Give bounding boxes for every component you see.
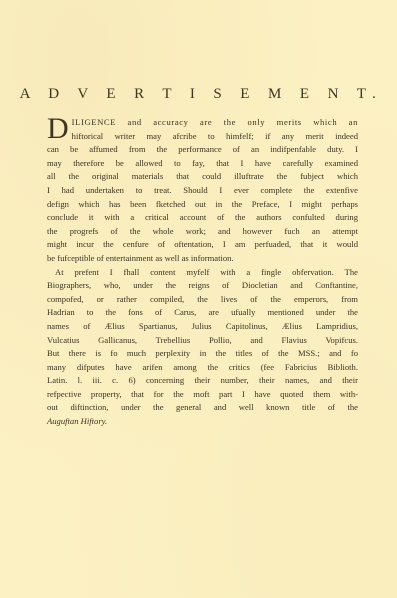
paragraph-1: D ILIGENCE and accuracy are the only mer… (47, 116, 358, 266)
text-line-italic: Auguftan Hiftory. (47, 415, 358, 429)
text-line: Biographers, who, under the reigns of Di… (47, 279, 358, 293)
text-line: all the original materials that could il… (47, 170, 358, 184)
text-line: But there is fo much perplexity in the t… (47, 347, 358, 361)
page-body: D ILIGENCE and accuracy are the only mer… (47, 116, 358, 429)
paragraph-2: At prefent I fhall content myfelf with a… (47, 266, 358, 429)
text-line: compofed, or rather compiled, the lives … (47, 293, 358, 307)
text-line: names of Ælius Spartianus, Julius Capito… (47, 320, 358, 334)
drop-cap: D (47, 117, 69, 143)
text-line: many difputes have arifen among the crit… (47, 361, 358, 375)
text-line: out diftinction, under the general and w… (47, 401, 358, 415)
text-line: At prefent I fhall content myfelf with a… (47, 266, 358, 280)
text-line: Latin. l. iii. c. 6) concerning their nu… (47, 374, 358, 388)
text-line: Hadrian to the fons of Carus, are ufuall… (47, 306, 358, 320)
text-line: hiftorical writer may afcribe to himfelf… (47, 130, 358, 144)
text-line: can be affumed from the performance of a… (47, 143, 358, 157)
text-line: I had undertaken to treat. Should I ever… (47, 184, 358, 198)
book-page: A D V E R T I S E M E N T. D ILIGENCE an… (0, 0, 397, 598)
text-line: ILIGENCE and accuracy are the only merit… (47, 116, 358, 130)
text-line: Vulcatius Gallicanus, Trebellius Pollio,… (47, 334, 358, 348)
text-line: the progrefs of the whole work; and howe… (47, 225, 358, 239)
text-line: may therefore be allowed to fay, that I … (47, 157, 358, 171)
text-line: defign which has been fketched out in th… (47, 198, 358, 212)
text-line: be fufceptible of entertainment as well … (47, 252, 358, 266)
text-line: refpective property, that for the moft p… (47, 388, 358, 402)
text-line: might incur the cenfure of oftentation, … (47, 238, 358, 252)
text-line: conclude it with a critical account of t… (47, 211, 358, 225)
page-title: A D V E R T I S E M E N T. (0, 86, 397, 103)
